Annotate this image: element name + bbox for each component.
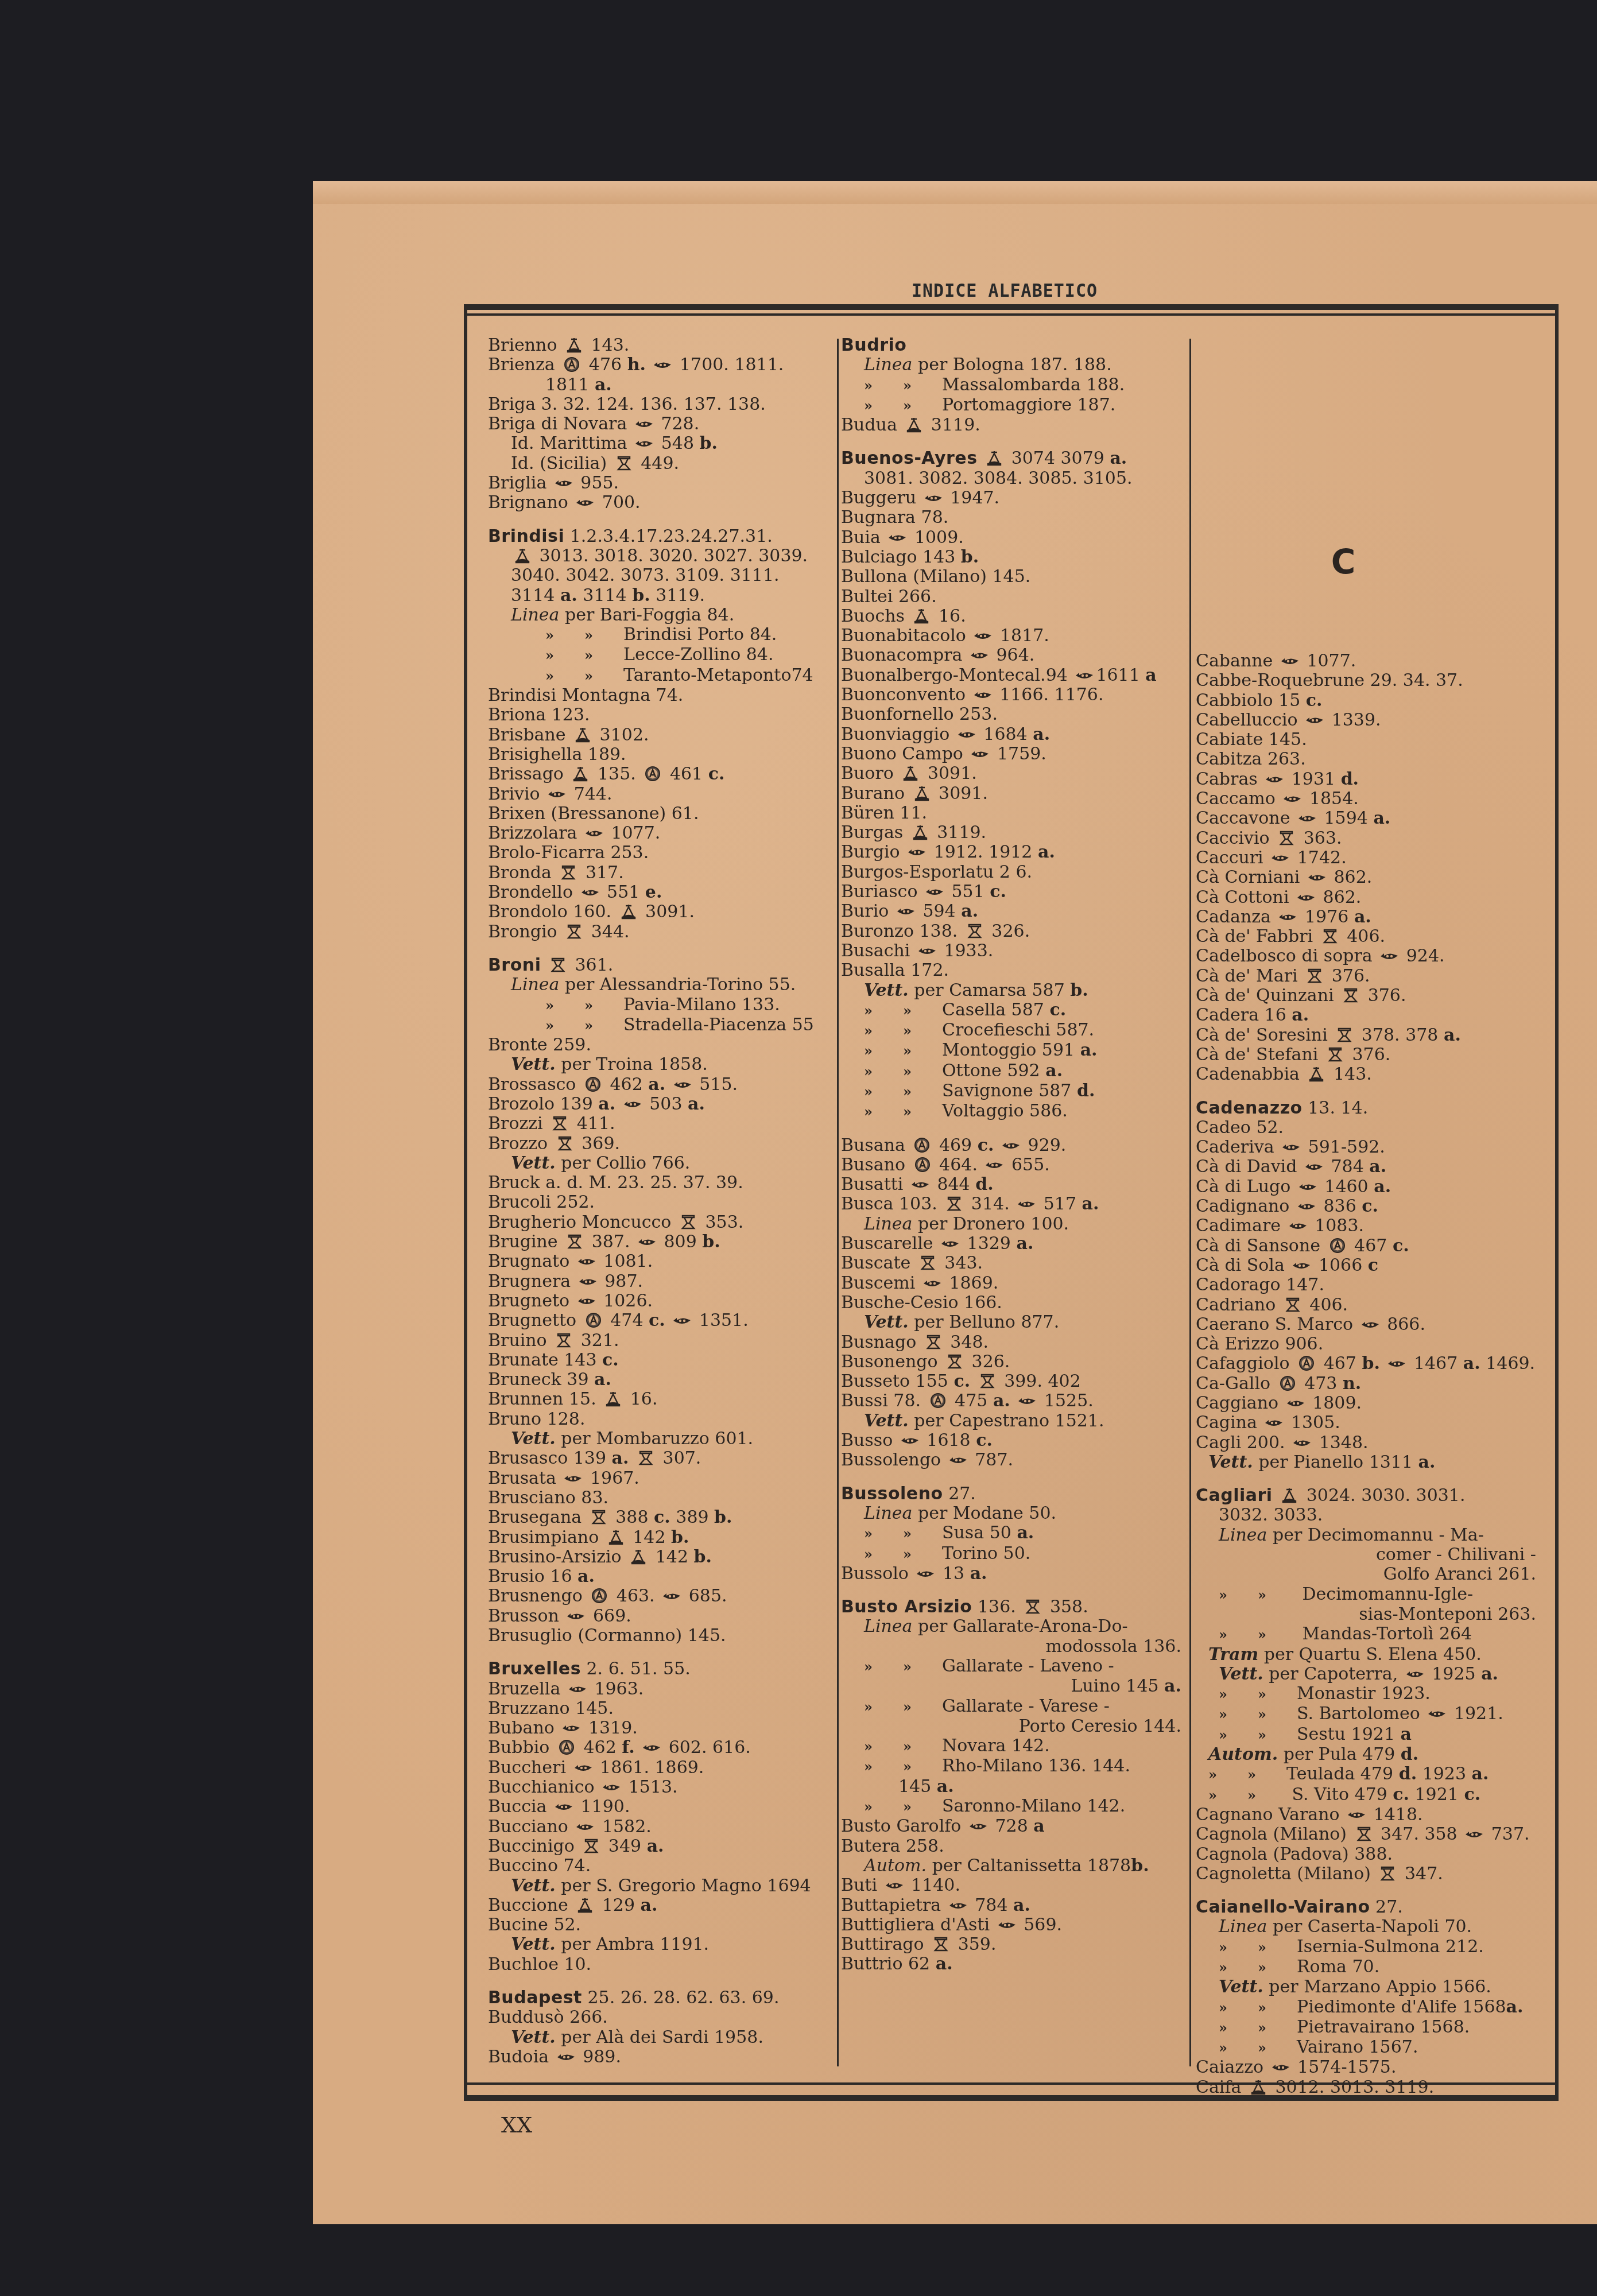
index-entry: modossola 136. — [841, 1637, 1188, 1657]
index-entry: »»Stradella-Piacenza 55 — [488, 1015, 832, 1035]
tram-icon — [1335, 1027, 1354, 1043]
tram-icon — [945, 1353, 964, 1370]
entry-text: 1618 — [921, 1430, 976, 1450]
index-entry: Cà di Lugo 1460 a. — [1196, 1177, 1543, 1197]
anchor-icon — [629, 1549, 648, 1565]
entry-text: 594 — [917, 901, 961, 921]
entry-text: Cagina — [1196, 1413, 1262, 1433]
tram-icon — [944, 1196, 964, 1212]
entry-text: Buronzo 138. — [841, 921, 963, 941]
entry-text: 135. — [592, 764, 641, 784]
tram-icon — [555, 1135, 575, 1151]
bus-icon — [1307, 869, 1327, 885]
tram-icon — [582, 1838, 601, 1854]
ditto-mark: » — [1258, 1725, 1297, 1745]
entry-text: Brusegana — [488, 1507, 587, 1527]
index-entry: Brienza 476 h. 1700. 1811. — [488, 355, 832, 375]
entry-text: Buoro — [841, 763, 899, 784]
entry-text: 361. — [569, 955, 613, 975]
index-entry: Vett. per Capoterra, 1925 a. — [1196, 1665, 1543, 1684]
bus-icon — [1075, 667, 1094, 683]
ditto-mark: » — [903, 1021, 942, 1041]
entry-text: 1166. 1176. — [994, 685, 1104, 705]
entry-heading: Budapest — [488, 1988, 582, 2008]
ditto-mark: » — [584, 646, 623, 665]
index-entry: Brugneto 1026. — [488, 1291, 832, 1311]
entry-text: Bultei 266. — [841, 587, 937, 607]
index-entry: Buonabitacolo 1817. — [841, 626, 1188, 646]
entry-text: Cà de' Stefani — [1196, 1045, 1324, 1065]
bus-icon — [916, 1565, 935, 1581]
ditto-mark: » — [1219, 1958, 1258, 1977]
tram-icon — [589, 1509, 608, 1525]
bus-icon — [1264, 1414, 1284, 1430]
index-entry: Bucchianico 1513. — [488, 1778, 832, 1797]
entry-text: Busso — [841, 1430, 898, 1450]
index-entry: sias-Monteponi 263. — [1196, 1605, 1543, 1624]
entry-text: Busca 103. — [841, 1194, 943, 1214]
entry-text: 1582. — [596, 1817, 651, 1837]
index-entry: 3040. 3042. 3073. 3109. 3111. — [488, 566, 832, 585]
index-entry: Bruzzano 145. — [488, 1699, 832, 1719]
entry-text: 3091. — [922, 763, 976, 784]
index-entry: Brivio 744. — [488, 785, 832, 804]
entry-text: 3081. 3082. 3084. 3085. 3105. — [864, 468, 1133, 488]
entry-text: Busatti — [841, 1174, 909, 1194]
entry-text: Cabanne — [1196, 651, 1278, 671]
index-column-2: BudrioLinea per Bologna 187. 188.»»Massa… — [841, 336, 1188, 1975]
index-entry: Brusson 669. — [488, 1607, 832, 1626]
entry-text: 1912. 1912 — [928, 842, 1038, 862]
entry-text — [665, 1075, 671, 1095]
ditto-mark: » — [903, 396, 942, 416]
entry-text: Bruck a. d. M. 23. 25. 37. 39. — [488, 1173, 743, 1193]
entry-text: Bruzzano 145. — [488, 1698, 614, 1719]
entry-text: Buttapietra — [841, 1895, 947, 1915]
entry-text: 376. — [1347, 1045, 1390, 1065]
bus-icon — [602, 1779, 621, 1795]
entry-text: 16. — [933, 606, 966, 626]
entry-text: 25. 26. 28. 62. 63. 69. — [582, 1988, 779, 2008]
tram-icon — [1277, 830, 1296, 846]
entry-text: 142 — [650, 1547, 693, 1567]
entry-text: 463. — [611, 1586, 660, 1606]
entry-text: Casella 587 — [942, 1000, 1049, 1020]
index-entry: »» S. Vito 479 c. 1921 c. — [1196, 1785, 1543, 1805]
entry-text — [978, 448, 983, 468]
index-entry: Vett. per Mombaruzzo 601. — [488, 1429, 832, 1449]
entry-text: Brunate 143 — [488, 1350, 602, 1370]
index-entry: Buttigliera d'Asti 569. — [841, 1915, 1188, 1935]
ditto-mark: » — [864, 1082, 903, 1102]
bus-icon — [653, 356, 672, 373]
anchor-icon — [513, 548, 532, 564]
suffix-letter: a. — [970, 1564, 987, 1584]
entry-text: 3119. — [650, 585, 705, 606]
entry-text: Busnago — [841, 1332, 922, 1352]
entry-heading: Brindisi — [488, 526, 564, 546]
ditto-mark: » — [864, 1021, 903, 1041]
index-entry: Cà di Sansone 467 c. — [1196, 1236, 1543, 1256]
tram-icon — [965, 923, 984, 939]
entry-text: 16. — [625, 1389, 657, 1409]
entry-text: modossola 136. — [1046, 1636, 1181, 1657]
entry-text: 569. — [1018, 1915, 1062, 1935]
index-entry: Busso 1618 c. — [841, 1431, 1188, 1450]
service-label: Vett. — [864, 1312, 909, 1332]
index-entry: Cagnola (Padova) 388. — [1196, 1845, 1543, 1864]
tram-icon — [564, 924, 584, 940]
suffix-letter: a. — [1164, 1676, 1181, 1696]
index-entry: Buonconvento 1166. 1176. — [841, 685, 1188, 705]
index-entry: Brozzo 369. — [488, 1134, 832, 1154]
index-entry: Vett. per Belluno 877. — [841, 1313, 1188, 1332]
index-entry: Cadenazzo 13. 14. — [1196, 1099, 1543, 1118]
tram-icon — [548, 957, 568, 973]
entry-text: 784 — [1325, 1157, 1369, 1177]
entry-text: Cabiate 145. — [1196, 730, 1307, 750]
auto-icon — [912, 1137, 932, 1153]
entry-spacer — [1196, 1085, 1543, 1099]
index-entry: Brusciano 83. — [488, 1488, 832, 1508]
bus-icon — [1427, 1705, 1447, 1721]
ditto-mark: » — [545, 996, 584, 1015]
entry-text: 143. — [586, 335, 629, 355]
index-entry: Cà Erizzo 906. — [1196, 1335, 1543, 1354]
entry-text: Buonfornello 253. — [841, 704, 998, 724]
entry-text — [970, 1371, 976, 1391]
entry-text: 1077. — [606, 823, 660, 843]
entry-text: 462 — [578, 1737, 622, 1758]
ditto-mark: » — [1219, 1938, 1258, 1957]
entry-text: Brunnen 15. — [488, 1389, 602, 1409]
entry-heading: Buenos-Ayres — [841, 448, 978, 468]
index-entry: Cagina 1305. — [1196, 1413, 1543, 1433]
index-entry: Bubano 1319. — [488, 1719, 832, 1738]
entry-text: 836 — [1318, 1196, 1362, 1216]
auto-icon — [913, 1157, 932, 1173]
entry-text: 349 — [603, 1836, 646, 1856]
index-entry: Id. (Sicilia) 449. — [488, 454, 832, 474]
ditto-mark: » — [545, 646, 584, 665]
bus-icon — [642, 1739, 661, 1755]
ditto-mark: » — [1247, 1765, 1286, 1785]
entry-text: Bubano — [488, 1718, 560, 1738]
entry-text: 1077. — [1301, 651, 1356, 671]
service-label: Linea — [511, 975, 559, 995]
entry-text: Brusnengo — [488, 1586, 588, 1606]
entry-text: Cà Cottoni — [1196, 887, 1294, 907]
entry-text: Torino 50. — [942, 1543, 1030, 1564]
suffix-letter: a. — [1369, 1157, 1386, 1177]
index-entry: Caiazzo 1574-1575. — [1196, 2058, 1543, 2077]
entry-text: Brusson — [488, 1606, 564, 1626]
index-entry: Brisighella 189. — [488, 745, 832, 765]
index-entry: Bulciago 143 b. — [841, 548, 1188, 567]
entry-text: Cà de' Soresini — [1196, 1025, 1333, 1045]
index-entry: Broni 361. — [488, 956, 832, 975]
index-entry: Cagnano Varano 1418. — [1196, 1805, 1543, 1825]
index-entry: Bruxelles 2. 6. 51. 55. — [488, 1659, 832, 1679]
ditto-mark: » — [584, 666, 623, 686]
entry-text: 13 — [937, 1564, 970, 1584]
ditto-mark: » — [864, 1757, 903, 1777]
index-entry: Brienno 143. — [488, 336, 832, 355]
index-entry: Buriasco 551 c. — [841, 882, 1188, 902]
entry-text: Cabras — [1196, 769, 1263, 789]
entry-text: Decimomannu-Igle- — [1297, 1584, 1473, 1604]
entry-text — [1010, 1391, 1016, 1411]
suffix-letter: d. — [1077, 1081, 1095, 1101]
entry-text: 3091. — [933, 784, 988, 804]
index-entry: Buccino 74. — [488, 1856, 832, 1876]
tram-icon — [1305, 968, 1324, 984]
bus-icon — [637, 1234, 657, 1250]
index-entry: Cagnoletta (Milano) 347. — [1196, 1864, 1543, 1884]
entry-text: 1684 — [978, 724, 1033, 744]
anchor-icon — [1249, 2079, 1268, 2095]
suffix-letter: c. — [708, 764, 725, 784]
entry-text: Buia — [841, 528, 886, 548]
entry-text: Caccamo — [1196, 789, 1281, 809]
suffix-letter: n. — [1343, 1374, 1361, 1394]
entry-text: per Pianello 1311 — [1253, 1452, 1418, 1472]
index-entry: Brondello 551 e. — [488, 883, 832, 902]
entry-text: 388 — [610, 1507, 654, 1527]
entry-text: Cà Erizzo 906. — [1196, 1334, 1323, 1354]
suffix-letter: c. — [1393, 1236, 1409, 1256]
ditto-mark: » — [864, 1657, 903, 1677]
index-entry: Caccamo 1854. — [1196, 789, 1543, 809]
bus-icon — [584, 825, 604, 841]
entry-text: Buccino 74. — [488, 1856, 591, 1876]
index-entry: Burgas 3119. — [841, 823, 1188, 843]
index-entry: Brossasco 462 a. 515. — [488, 1075, 832, 1095]
entry-text: Bucciano — [488, 1817, 573, 1837]
entry-text: Buonabitacolo — [841, 626, 971, 646]
index-entry: »»Susa 50 a. — [841, 1523, 1188, 1543]
suffix-letter: d. — [1399, 1764, 1417, 1784]
entry-text: Brozzo — [488, 1134, 553, 1154]
bus-icon — [885, 1877, 904, 1893]
index-entry: Brusuglio (Cormanno) 145. — [488, 1626, 832, 1646]
bus-icon — [957, 726, 976, 742]
entry-text: Isernia-Sulmona 212. — [1297, 1937, 1484, 1957]
suffix-letter: a. — [1292, 1005, 1309, 1025]
entry-text: 1009. — [909, 528, 963, 548]
index-entry: Busca 103. 314. 517 a. — [841, 1194, 1188, 1214]
entry-text: 406. — [1342, 926, 1385, 947]
entry-text — [629, 1448, 634, 1468]
index-entry: Buttapietra 784 a. — [841, 1896, 1188, 1915]
entry-text: 363. — [1298, 828, 1342, 848]
bus-icon — [563, 1470, 583, 1486]
suffix-letter: c. — [976, 1430, 993, 1450]
entry-text: 353. — [700, 1212, 743, 1232]
index-entry: »»Piedimonte d'Alife 1568a. — [1196, 1998, 1543, 2018]
entry-heading: Bruxelles — [488, 1659, 581, 1679]
entry-text: 1467 — [1408, 1353, 1463, 1374]
anchor-icon — [575, 1897, 595, 1913]
anchor-icon — [901, 765, 920, 781]
index-entry: Cabiate 145. — [1196, 730, 1543, 750]
entry-text: Cà de' Mari — [1196, 966, 1303, 986]
index-entry: Vett. per Marzano Appio 1566. — [1196, 1977, 1543, 1997]
index-entry: Busana 469 c. 929. — [841, 1136, 1188, 1155]
entry-heading: Cadenazzo — [1196, 1098, 1303, 1118]
entry-text: 143. — [1328, 1064, 1371, 1084]
index-entry: Linea per Alessandria-Torino 55. — [488, 975, 832, 995]
entry-text: 343. — [939, 1253, 983, 1273]
entry-text: per Caltanissetta 1878 — [927, 1856, 1131, 1876]
entry-text: 326. — [966, 1352, 1010, 1372]
entry-text: Bucchianico — [488, 1777, 600, 1797]
ditto-mark: » — [1219, 1705, 1258, 1724]
bus-icon — [1464, 1826, 1484, 1842]
entry-text: per Mombaruzzo 601. — [556, 1429, 753, 1449]
entry-text: 1817. — [994, 626, 1049, 646]
entry-text: Cadimare — [1196, 1216, 1286, 1236]
index-entry: Brunnen 15. 16. — [488, 1390, 832, 1409]
index-entry: »»Voltaggio 586. — [841, 1102, 1188, 1122]
index-entry: 3013. 3018. 3020. 3027. 3039. — [488, 546, 832, 566]
entry-text: Büren 11. — [841, 803, 927, 823]
index-entry: comer - Chilivani - — [1196, 1545, 1543, 1565]
entry-text: per Quartu S. Elena 450. — [1258, 1645, 1482, 1665]
column-divider-2 — [1189, 339, 1191, 2066]
entry-text: Burgos-Esporlatu 2 6. — [841, 862, 1032, 882]
index-entry: »»Sestu 1921 a — [1196, 1725, 1543, 1745]
entry-text: 461 — [664, 764, 708, 784]
entry-text: Briona 123. — [488, 705, 590, 725]
column-divider-1 — [837, 339, 839, 2066]
entry-text: 3091. — [640, 902, 695, 922]
entry-text: 1513. — [623, 1777, 677, 1797]
bus-icon — [1282, 790, 1302, 806]
index-entry: Busche-Cesio 166. — [841, 1293, 1188, 1313]
bus-icon — [1288, 1217, 1308, 1234]
bus-icon — [1265, 771, 1284, 787]
tram-icon — [1320, 928, 1340, 944]
index-entry: Buti 1140. — [841, 1876, 1188, 1895]
entry-text: per Decimomannu - Ma- — [1267, 1525, 1483, 1545]
entry-text: 145 — [898, 1777, 937, 1797]
entry-text: 406. — [1304, 1295, 1348, 1315]
index-entry: Bussi 78. 475 a. 1525. — [841, 1391, 1188, 1411]
tram-icon — [924, 1334, 943, 1350]
ditto-mark: » — [864, 1041, 903, 1061]
entry-text: 1329 — [962, 1234, 1016, 1254]
entry-text — [646, 355, 652, 375]
suffix-letter: a. — [1418, 1452, 1436, 1472]
entry-text: Brusio 16 — [488, 1566, 577, 1587]
entry-text: 3114 — [511, 585, 560, 606]
anchor-icon — [603, 1391, 623, 1407]
bus-icon — [917, 943, 937, 959]
service-label: Vett. — [511, 1153, 556, 1173]
bus-icon — [907, 844, 927, 860]
index-entry: Bultei 266. — [841, 587, 1188, 607]
entry-text: Buonalbergo-Montecal.94 — [841, 665, 1073, 685]
tram-icon — [636, 1450, 656, 1466]
bus-icon — [924, 490, 943, 506]
bus-icon — [1278, 909, 1297, 925]
index-entry: Vett. per Camarsa 587 b. — [841, 981, 1188, 1000]
index-entry: Buonviaggio 1684 a. — [841, 725, 1188, 744]
bus-icon — [900, 1432, 920, 1448]
index-entry: Buccinigo 349 a. — [488, 1837, 832, 1856]
entry-text: 469 — [933, 1135, 977, 1155]
index-entry: Briglia 955. — [488, 474, 832, 493]
service-label: Vett. — [1208, 1452, 1253, 1472]
suffix-letter: a. — [1016, 1234, 1033, 1254]
entry-text: Buriasco — [841, 882, 923, 902]
entry-text: 1976 — [1299, 907, 1354, 927]
entry-text: 326. — [986, 921, 1030, 941]
index-entry: 1811 a. — [488, 375, 832, 395]
index-entry: Cadanza 1976 a. — [1196, 907, 1543, 927]
bus-icon — [968, 1818, 988, 1834]
entry-text: Caiazzo — [1196, 2057, 1269, 2077]
entry-text: Portomaggiore 187. — [942, 395, 1115, 415]
entry-text: 1700. 1811. — [674, 355, 784, 375]
ditto-mark: » — [584, 626, 623, 645]
index-entry: Cadeo 52. — [1196, 1118, 1543, 1138]
entry-text: Id. Marittima — [511, 433, 633, 453]
bus-icon — [566, 1608, 586, 1624]
index-entry: »»Novara 142. — [841, 1736, 1188, 1756]
anchor-icon — [1280, 1487, 1299, 1503]
entry-text: Busto Garolfo — [841, 1816, 967, 1836]
entry-text: 462 — [604, 1075, 648, 1095]
suffix-letter: a. — [647, 1836, 664, 1856]
index-entry: Busnago 348. — [841, 1333, 1188, 1352]
entry-text: 1351. — [693, 1310, 748, 1331]
suffix-letter: a. — [1373, 808, 1390, 828]
entry-text: Cagnano Varano — [1196, 1805, 1345, 1825]
entry-text: 13. 14. — [1303, 1098, 1369, 1118]
bus-icon — [554, 1798, 573, 1814]
index-entry: Brissago 135. 461 c. — [488, 765, 832, 784]
service-label: Vett. — [864, 980, 909, 1000]
entry-text: 862. — [1317, 887, 1361, 907]
entry-text: 142 — [627, 1527, 671, 1548]
ditto-mark: » — [903, 1001, 942, 1021]
service-label: Autom. — [1208, 1744, 1278, 1764]
index-entry: Cadimare 1083. — [1196, 1216, 1543, 1236]
entry-text: per Capestrano 1521. — [909, 1411, 1104, 1431]
index-entry: Cabanne 1077. — [1196, 651, 1543, 671]
ditto-mark: » — [903, 1524, 942, 1543]
index-entry: Busto Arsizio 136. 358. — [841, 1597, 1188, 1617]
entry-text: Buttrio 62 — [841, 1954, 936, 1974]
index-entry: Linea per Caserta-Napoli 70. — [1196, 1917, 1543, 1937]
bus-icon — [948, 1452, 968, 1468]
index-entry: Buonalbergo-Montecal.94 1611 a — [841, 666, 1188, 685]
service-label: Autom. — [864, 1856, 927, 1876]
index-entry: Cadenabbia 143. — [1196, 1065, 1543, 1084]
entry-text: 1081. — [598, 1251, 653, 1271]
auto-icon — [590, 1588, 609, 1604]
entry-text: 866. — [1382, 1314, 1425, 1335]
entry-text: 317. — [580, 863, 623, 883]
index-entry: Briona 123. — [488, 705, 832, 725]
entry-text: 548 — [656, 433, 699, 453]
entry-text: Pavia-Milano 133. — [623, 995, 780, 1015]
entry-heading: Budrio — [841, 335, 906, 355]
ditto-mark: » — [1258, 1685, 1297, 1704]
service-label: Vett. — [511, 1876, 556, 1896]
